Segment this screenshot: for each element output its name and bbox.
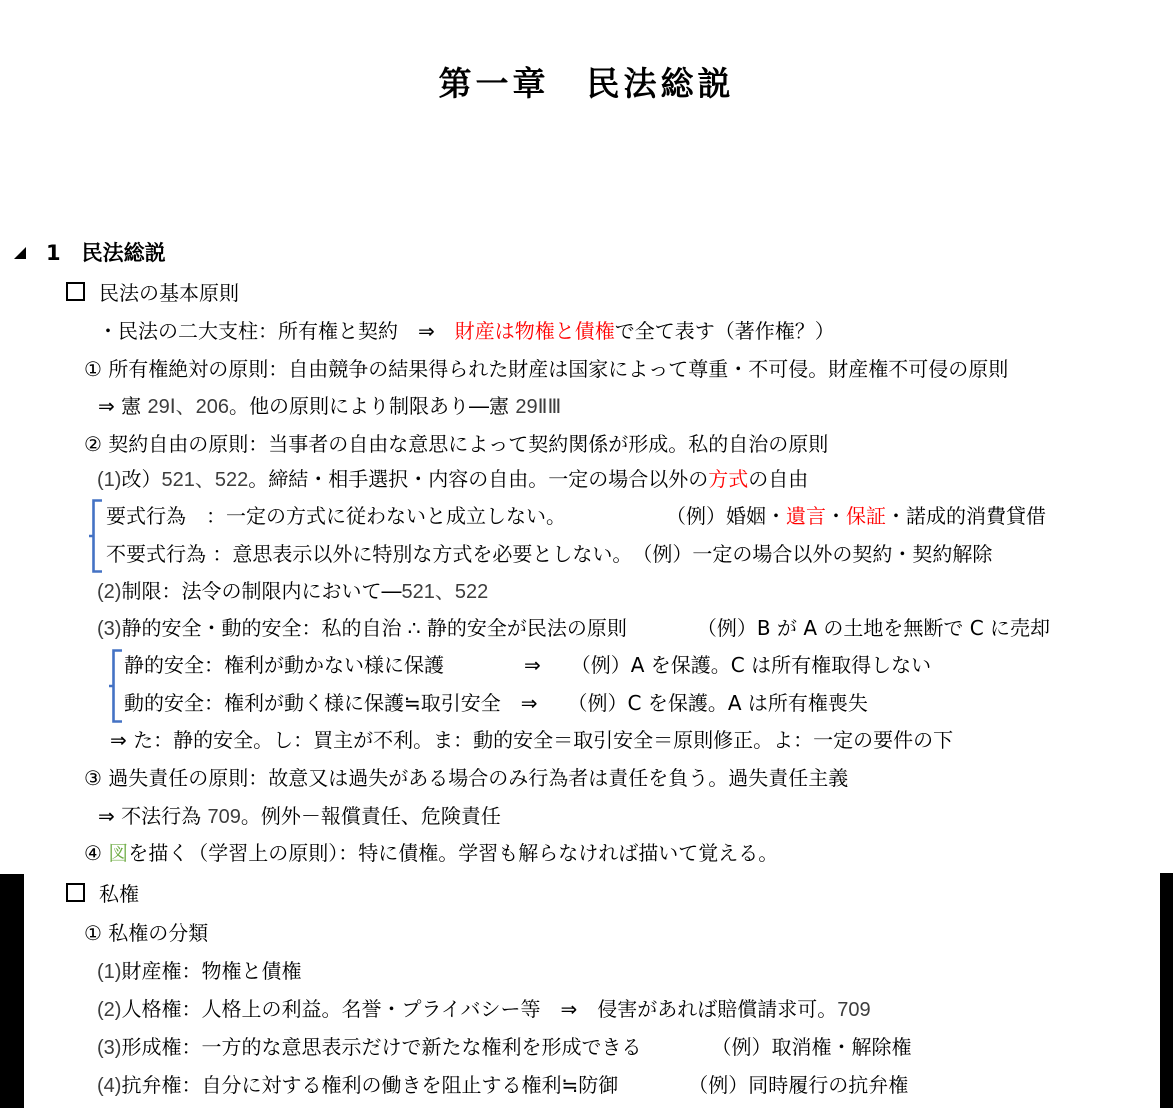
collapse-triangle-icon[interactable] bbox=[14, 247, 26, 259]
left-bracket-icon bbox=[109, 649, 123, 723]
number-text: (1) bbox=[97, 961, 121, 983]
text-segment: 1 民法総説 bbox=[46, 241, 166, 265]
text-segment: ・諾成的消費貸借 bbox=[886, 504, 1046, 528]
line-principle-1-ownership: ① 所有権絶対の原則：自由競争の結果得られた財産は国家によって尊重・不可侵。財産… bbox=[84, 355, 1008, 383]
text-segment: ⇒ た：静的安全。し：買主が不利。ま：動的安全＝取引安全＝原則修正。よ：一定の要… bbox=[110, 728, 953, 752]
text-segment: ① 所有権絶対の原則：自由競争の結果得られた財産は国家によって尊重・不可侵。財産… bbox=[84, 357, 1008, 381]
document-page: 第一章 民法総説 1 民法総説民法の基本原則・民法の二大支柱：所有権と契約 ⇒ … bbox=[0, 0, 1173, 1108]
line-principle-2-2: (2)制限：法令の制限内において―521、522 bbox=[97, 577, 488, 606]
text-segment: 。例外－報償責任、危険責任 bbox=[241, 804, 501, 828]
outline-heading-1: 1 民法総説 bbox=[46, 239, 166, 267]
number-text: (3) bbox=[97, 1037, 121, 1059]
line-defense-right: (4)抗弁権：自分に対する権利の働きを阻止する権利≒防御 （例）同時履行の抗弁権 bbox=[97, 1071, 908, 1100]
page-title: 第一章 民法総説 bbox=[0, 58, 1173, 105]
number-text: 521、522 bbox=[161, 469, 248, 491]
text-segment: 。他の原則により制限あり―憲 bbox=[229, 394, 515, 418]
text-segment: 動的安全：権利が動く様に保護≒取引安全 ⇒ （例）C を保護。A は所有権喪失 bbox=[124, 691, 868, 715]
todo-checkbox[interactable] bbox=[66, 883, 85, 902]
red-emphasis-text: 保証 bbox=[846, 504, 886, 528]
red-emphasis-text: 財産は物権と債権 bbox=[455, 319, 615, 343]
number-text: (2) bbox=[97, 581, 121, 603]
number-text: 29Ⅰ、206 bbox=[147, 396, 229, 418]
line-principle-4-diagram: ④ 図を描く（学習上の原則）：特に債権。学習も解らなければ描いて覚える。 bbox=[84, 839, 778, 867]
line-property-right: (1)財産権：物権と債権 bbox=[97, 957, 301, 986]
text-segment: 静的安全：権利が動かない様に保護 ⇒ （例）A を保護。C は所有権取得しない bbox=[124, 653, 931, 677]
text-segment: 制限：法令の制限内において― bbox=[121, 579, 401, 603]
text-segment: 要式行為 ：一定の方式に従わないと成立しない。 bbox=[106, 504, 556, 528]
text-segment: ⇒ 不法行為 bbox=[98, 804, 207, 828]
number-text: (1) bbox=[97, 469, 121, 491]
text-segment: 抗弁権：自分に対する権利の働きを阻止する権利≒防御 （例）同時履行の抗弁権 bbox=[121, 1073, 908, 1097]
line-two-pillars: ・民法の二大支柱：所有権と契約 ⇒ 財産は物権と債権で全て表す（著作権？） bbox=[98, 317, 835, 345]
green-emphasis-text: 図 bbox=[108, 841, 128, 865]
text-segment: ③ 過失責任の原則：故意又は過失がある場合のみ行為者は責任を負う。過失責任主義 bbox=[84, 766, 848, 790]
number-text: 29ⅡⅢ bbox=[515, 396, 561, 418]
text-segment: 形成権：一方的な意思表示だけで新たな権利を形成できる （例）取消権・解除権 bbox=[121, 1035, 911, 1059]
line-principle-3-fault: ③ 過失責任の原則：故意又は過失がある場合のみ行為者は責任を負う。過失責任主義 bbox=[84, 764, 848, 792]
line-principle-1-ref: ⇒ 憲 29Ⅰ、206。他の原則により制限あり―憲 29ⅡⅢ bbox=[98, 392, 561, 421]
line-personal-right: (2)人格権：人格上の利益。名誉・プライバシー等 ⇒ 侵害があれば賠償請求可。7… bbox=[97, 995, 871, 1024]
number-text: 709 bbox=[207, 806, 240, 828]
text-segment: 静的安全・動的安全：私的自治 ∴ 静的安全が民法の原則 （例）B が A の土地… bbox=[121, 616, 1050, 640]
checkbox-label: 民法の基本原則 bbox=[99, 281, 239, 305]
text-segment: ・ bbox=[826, 504, 846, 528]
text-segment: ② 契約自由の原則：当事者の自由な意思によって契約関係が形成。私的自治の原則 bbox=[84, 432, 828, 456]
number-text: (3) bbox=[97, 618, 121, 640]
line-informal-act: 不要式行為 ：意思表示以外に特別な方式を必要としない。 （例）一定の場合以外の契… bbox=[106, 540, 992, 568]
line-static-safety: 静的安全：権利が動かない様に保護 ⇒ （例）A を保護。C は所有権取得しない bbox=[124, 651, 931, 679]
number-text: 709 bbox=[837, 999, 870, 1021]
text-segment: ⇒ 憲 bbox=[98, 394, 147, 418]
red-emphasis-text: 遺言 bbox=[786, 504, 826, 528]
text-segment: の自由 bbox=[748, 467, 808, 491]
right-edge-black-bar bbox=[1160, 873, 1173, 1108]
line-safety-summary: ⇒ た：静的安全。し：買主が不利。ま：動的安全＝取引安全＝原則修正。よ：一定の要… bbox=[110, 726, 953, 754]
left-edge-black-bar bbox=[0, 874, 24, 1108]
red-emphasis-text: 方式 bbox=[708, 467, 748, 491]
text-segment: で全て表す（著作権？） bbox=[615, 319, 835, 343]
number-text: (2) bbox=[97, 999, 121, 1021]
text-segment: 財産権：物権と債権 bbox=[121, 959, 301, 983]
line-principle-2-3: (3)静的安全・動的安全：私的自治 ∴ 静的安全が民法の原則 （例）B が A … bbox=[97, 614, 1050, 643]
line-principle-2-1: (1)改）521、522。締結・相手選択・内容の自由。一定の場合以外の方式の自由 bbox=[97, 465, 808, 494]
line-principle-2-contract: ② 契約自由の原則：当事者の自由な意思によって契約関係が形成。私的自治の原則 bbox=[84, 430, 828, 458]
text-segment: ① 私権の分類 bbox=[84, 921, 208, 945]
checkbox-label: 私権 bbox=[99, 882, 139, 906]
line-dynamic-safety: 動的安全：権利が動く様に保護≒取引安全 ⇒ （例）C を保護。A は所有権喪失 bbox=[124, 689, 868, 717]
number-text: 521、522 bbox=[401, 581, 488, 603]
todo-checkbox[interactable] bbox=[66, 282, 85, 301]
line-formal-act: 要式行為 ：一定の方式に従わないと成立しない。 （例）婚姻・遺言・保証・諾成的消… bbox=[106, 502, 1046, 530]
text-segment: 人格権：人格上の利益。名誉・プライバシー等 ⇒ 侵害があれば賠償請求可。 bbox=[121, 997, 837, 1021]
text-segment: ④ bbox=[84, 841, 108, 865]
line-formation-right: (3)形成権：一方的な意思表示だけで新たな権利を形成できる （例）取消権・解除権 bbox=[97, 1033, 911, 1062]
text-segment: 不要式行為 ：意思表示以外に特別な方式を必要としない。 （例）一定の場合以外の契… bbox=[106, 542, 992, 566]
text-segment: ・民法の二大支柱：所有権と契約 ⇒ bbox=[98, 319, 455, 343]
text-segment: 。締結・相手選択・内容の自由。一定の場合以外の bbox=[248, 467, 708, 491]
line-principle-3-ref: ⇒ 不法行為 709。例外－報償責任、危険責任 bbox=[98, 802, 501, 831]
todo-item-basic-principles: 民法の基本原則 bbox=[66, 279, 239, 307]
left-bracket-icon bbox=[89, 499, 103, 573]
text-segment: （例）婚姻・ bbox=[556, 504, 786, 528]
todo-item-private-rights: 私権 bbox=[66, 880, 139, 908]
number-text: (4) bbox=[97, 1075, 121, 1097]
text-segment: を描く（学習上の原則）：特に債権。学習も解らなければ描いて覚える。 bbox=[128, 841, 778, 865]
line-private-rights-classification: ① 私権の分類 bbox=[84, 919, 208, 947]
text-segment: 改） bbox=[121, 467, 161, 491]
